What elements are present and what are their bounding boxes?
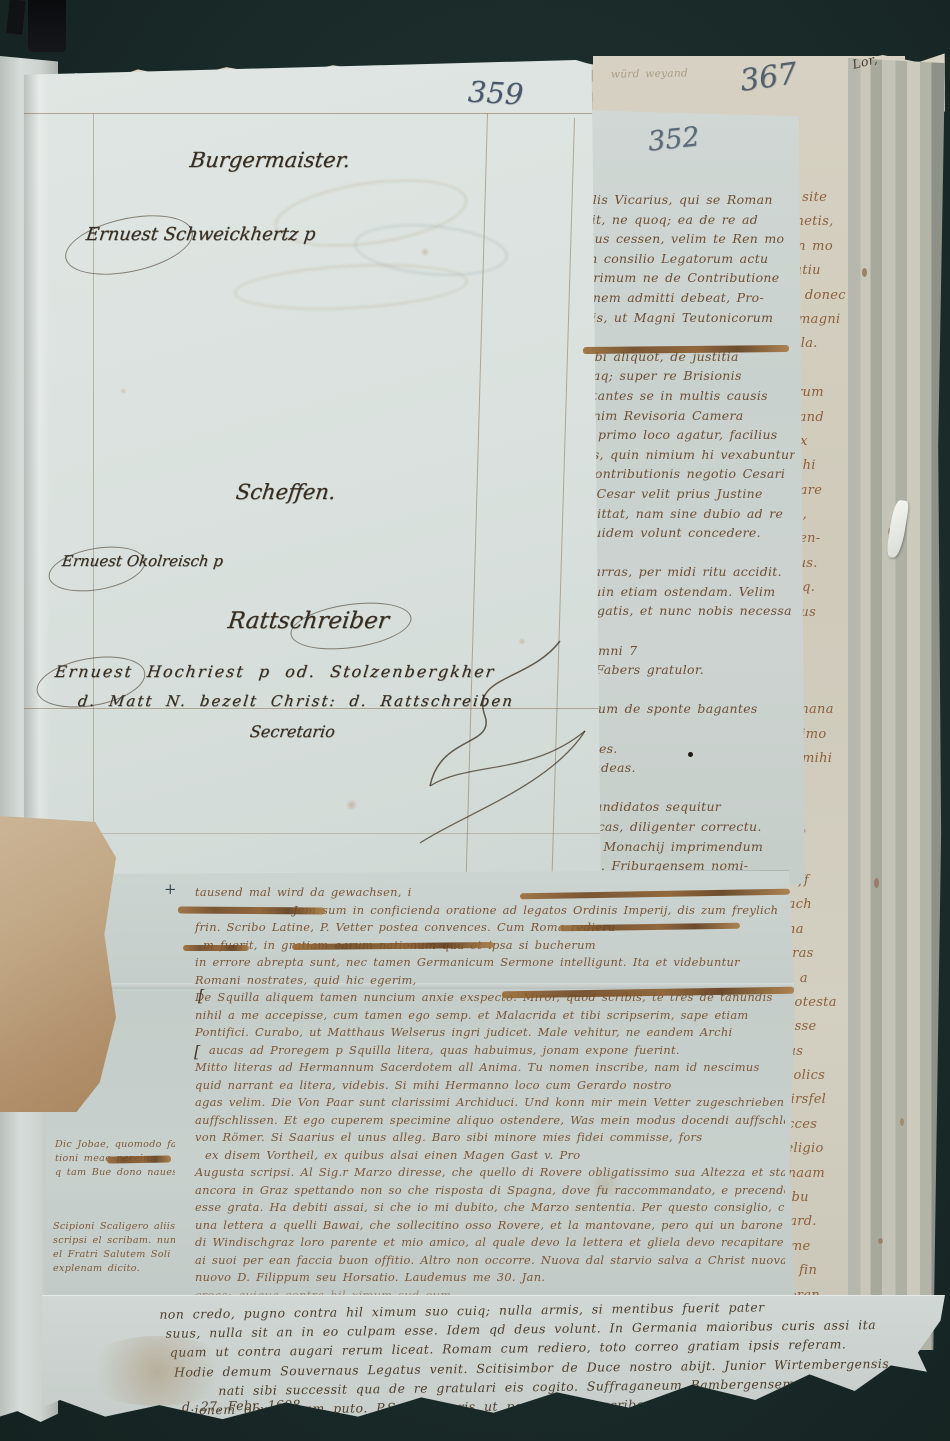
manuscript-line: di Windischgraz loro parente et mio amic…: [173, 1235, 785, 1253]
entry-burgermaister: Ernuest Schweickhertz p: [85, 224, 317, 245]
manuscript-line: m Monachij imprimendum: [585, 839, 795, 859]
redaction-bar: [178, 906, 325, 914]
manuscript-line: auffschlissen. Et ego cuperem specimine …: [173, 1113, 785, 1131]
manuscript-line: ilium de sponte bagantes: [585, 701, 795, 721]
folio-number-359: 359: [467, 75, 524, 112]
entry-secretario: Secretario: [249, 722, 336, 741]
manuscript-line: [585, 682, 795, 702]
stain-spot: [345, 800, 358, 810]
manuscript-line: sit, ne quoq; ea de re ad: [585, 212, 795, 232]
manuscript-line: os, quin nimium hi vexabuntur: [585, 447, 795, 467]
manuscript-line: aucas ad Proregem p Squilla litera, quas…: [187, 1043, 785, 1061]
margin-note-line: Dic Jobae, quomodo fauere pai: [55, 1139, 175, 1153]
margin-note-line: q tam Bue dono naues.: [55, 1167, 175, 1181]
manuscript-line: von Römer. Si Saarius el unus alleg. Bar…: [173, 1130, 785, 1148]
letter-lower-text: non credo, pugno contra hil ximum suo cu…: [159, 1297, 950, 1425]
manuscript-line: Contributionis negotio Cesari: [585, 466, 795, 486]
letter-upper-leaf: tausend mal wird da gewachsen, iJam sum …: [45, 870, 795, 1301]
edge-speck: [900, 1118, 904, 1126]
ink-dot: [688, 752, 693, 757]
manuscript-line: Pontifici. Curabo, ut Matthaus Welserus …: [173, 1025, 785, 1043]
fore-edge-stack: [848, 58, 945, 1350]
paragraph-bracket: [: [198, 986, 204, 1005]
manuscript-line: s primo loco agatur, facilius: [585, 427, 795, 447]
manuscript-line: primum ne de Contributione: [585, 270, 795, 290]
manuscript-line: quid narrant ea litera, videbis. Si mihi…: [173, 1078, 785, 1096]
manuscript-line: una lettera a quelli Bawai, che sollecit…: [173, 1218, 785, 1236]
stain-spot: [120, 388, 127, 394]
manuscript-line: in errore abrepta sunt, nec tamen German…: [173, 955, 785, 973]
collation-mark: +: [164, 880, 177, 898]
heading-burgermaister: Burgermaister.: [189, 148, 352, 172]
entry-scheffen: Ernuest Okolreisch p: [61, 552, 224, 570]
stain-spot: [420, 248, 430, 256]
manuscript-line: [585, 545, 795, 565]
manuscript-line: quin etiam ostendam. Velim: [585, 584, 795, 604]
manuscript-line: [585, 780, 795, 800]
redaction-bar: [183, 945, 249, 951]
manuscript-line: ancora in Graz spettando non so che risp…: [173, 1183, 785, 1201]
paragraph-bracket: [: [194, 1042, 200, 1061]
manuscript-line: nihil a me accepisse, cum tamen ego semp…: [173, 1008, 785, 1026]
manuscript-line: agas velim. Die Von Paar sunt clarissimi…: [173, 1095, 785, 1113]
heading-scheffen: Scheffen.: [235, 480, 338, 504]
margin-note-line: scripsi el scribam. nunc ei: [53, 1235, 175, 1249]
margin-note-line: Scipioni Scaligero aliis el: [53, 1221, 175, 1235]
manuscript-line: cis, ut Magni Teutonicorum: [585, 310, 795, 330]
ruled-line-top: [24, 113, 602, 114]
manuscript-line: onem admitti debeat, Pro-: [585, 290, 795, 310]
book-spine: [28, 0, 66, 52]
folded-white-sliver: [886, 499, 910, 559]
edge-speck: [878, 1238, 883, 1244]
letter-lower-leaf: non credo, pugno contra hil ximum suo cu…: [42, 1295, 945, 1423]
margin-note-2: Scipioni Scaligero aliis elscripsi el sc…: [53, 1221, 175, 1277]
folio-number-352: 352: [647, 121, 702, 157]
manuscript-line: eres.: [585, 741, 795, 761]
signature-flourish: [400, 636, 600, 851]
manuscript-line: legatis, et nunc nobis necessa: [585, 603, 795, 623]
manuscript-line: [585, 623, 795, 643]
manuscript-line: Jam sum in conficienda oratione ad legat…: [271, 903, 785, 921]
manuscript-line: ex disem Vortheil, ex quibus alsai einen…: [183, 1148, 785, 1166]
edge-speck: [862, 268, 867, 277]
flourish-loop: [60, 205, 198, 285]
manuscript-line: ai suoi per ean faccia buon offitio. Alt…: [173, 1253, 785, 1271]
manuscript-line: Simni 7: [585, 643, 795, 663]
page-352: alis Vicarius, qui se Romansit, ne quoq;…: [572, 110, 805, 890]
manuscript-line: quidem volunt concedere.: [585, 525, 795, 545]
faint-top-writing: würd weyand: [611, 67, 688, 80]
book-spine-edge: [6, 0, 25, 35]
manuscript-line: Augusta scripsi. Al Sig.r Marzo diresse,…: [173, 1165, 785, 1183]
manuscript-line: Candidatos sequitur: [585, 799, 795, 819]
stain-spot: [518, 638, 526, 645]
manuscript-line: nuovo D. Filippum seu Horsatio. Laudemus…: [173, 1270, 785, 1288]
archival-photo: { "scene": { "description": "Photograph …: [0, 0, 950, 1441]
edge-speck: [874, 878, 879, 888]
latin-text-column: alis Vicarius, qui se Romansit, ne quoq;…: [585, 192, 795, 886]
manuscript-line: eaq; super re Brisionis: [585, 368, 795, 388]
manuscript-line: alis Vicarius, qui se Roman: [585, 192, 795, 212]
margin-note-line: el Fratri Salutem Soli anno.: [53, 1249, 175, 1263]
manuscript-line: in consilio Legatorum actu: [585, 251, 795, 271]
redaction-bar: [107, 1155, 171, 1163]
manuscript-line: enim Revisoria Camera: [585, 408, 795, 428]
page-359: Burgermaister. Ernuest Schweickhertz p S…: [24, 60, 602, 980]
ink-bleedthrough: [233, 259, 469, 315]
margin-note-line: explenam dicito.: [53, 1263, 175, 1277]
manuscript-line: Mitto literas ad Hermannum Sacerdotem al…: [173, 1060, 785, 1078]
manuscript-line: [585, 721, 795, 741]
manuscript-line: esse grata. Ha debiti assai, si che io m…: [173, 1200, 785, 1218]
heading-rattschreiber: Rattschreiber: [226, 608, 390, 634]
stain-spot: [82, 1336, 232, 1406]
manuscript-line: l Fabers gratulor.: [585, 662, 795, 682]
manuscript-line: dicas, diligenter correctu.: [585, 819, 795, 839]
stain-spot: [585, 1171, 625, 1197]
manuscript-line: ctantes se in multis causis: [585, 388, 795, 408]
manuscript-line: mittat, nam sine dubio ad re: [585, 506, 795, 526]
manuscript-line: tius cessen, velim te Ren mo: [585, 231, 795, 251]
manuscript-line: narras, per midi ritu accidit.: [585, 564, 795, 584]
manuscript-line: t Cesar velit prius Justine: [585, 486, 795, 506]
parchment-fragment: [0, 816, 116, 1112]
manuscript-line: endeas.: [585, 760, 795, 780]
